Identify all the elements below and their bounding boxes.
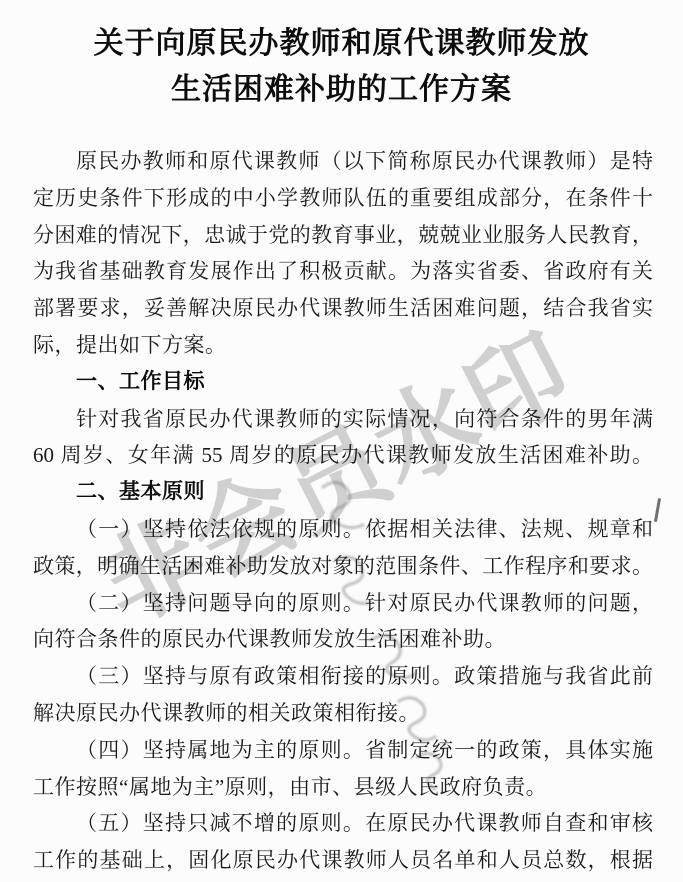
document-page: 非会员水印 关于向原民办教师和原代课教师发放 生活困难补助的工作方案 原民办教师… bbox=[0, 0, 683, 882]
body-line: 定历史条件下形成的中小学教师队伍的重要组成部分，在条件十 bbox=[33, 180, 653, 217]
body-line: 向符合条件的原民办代课教师发放生活困难补助。 bbox=[33, 621, 653, 658]
body-line: （一）坚持依法依规的原则。依据相关法律、法规、规章和 bbox=[33, 511, 653, 548]
body-line: 工作按照“属地为主”原则，由市、县级人民政府负责。 bbox=[33, 769, 653, 806]
document-body: 原民办教师和原代课教师（以下简称原民办代课教师）是特定历史条件下形成的中小学教师… bbox=[33, 143, 653, 879]
body-line: 际，提出如下方案。 bbox=[33, 327, 653, 364]
stray-pen-mark bbox=[654, 498, 661, 522]
body-line: 针对我省原民办代课教师的实际情况，向符合条件的男年满 bbox=[33, 401, 653, 438]
body-line: 部署要求，妥善解决原民办代课教师生活困难问题，结合我省实 bbox=[33, 290, 653, 327]
body-line: 原民办教师和原代课教师（以下简称原民办代课教师）是特 bbox=[33, 143, 653, 180]
body-line: （五）坚持只减不增的原则。在原民办代课教师自查和审核 bbox=[33, 805, 653, 842]
body-line: 政策，明确生活困难补助发放对象的范围条件、工作程序和要求。 bbox=[33, 548, 653, 585]
body-line: （四）坚持属地为主的原则。省制定统一的政策，具体实施 bbox=[33, 732, 653, 769]
body-line: 60 周岁、女年满 55 周岁的原民办代课教师发放生活困难补助。 bbox=[33, 437, 653, 474]
document-title: 关于向原民办教师和原代课教师发放 生活困难补助的工作方案 bbox=[0, 21, 683, 113]
body-line: 工作的基础上，固化原民办代课教师人员名单和人员总数，根据 bbox=[33, 842, 653, 879]
title-line-1: 关于向原民办教师和原代课教师发放 bbox=[0, 21, 683, 67]
body-line: （二）坚持问题导向的原则。针对原民办代课教师的问题， bbox=[33, 585, 653, 622]
title-line-2: 生活困难补助的工作方案 bbox=[0, 67, 683, 113]
section-heading: 二、基本原则 bbox=[33, 474, 653, 511]
body-line: 解决原民办代课教师的相关政策相衔接。 bbox=[33, 695, 653, 732]
body-line: （三）坚持与原有政策相衔接的原则。政策措施与我省此前 bbox=[33, 658, 653, 695]
section-heading: 一、工作目标 bbox=[33, 364, 653, 401]
body-line: 为我省基础教育发展作出了积极贡献。为落实省委、省政府有关 bbox=[33, 253, 653, 290]
body-line: 分困难的情况下，忠诚于党的教育事业，兢兢业业服务人民教育， bbox=[33, 217, 653, 254]
